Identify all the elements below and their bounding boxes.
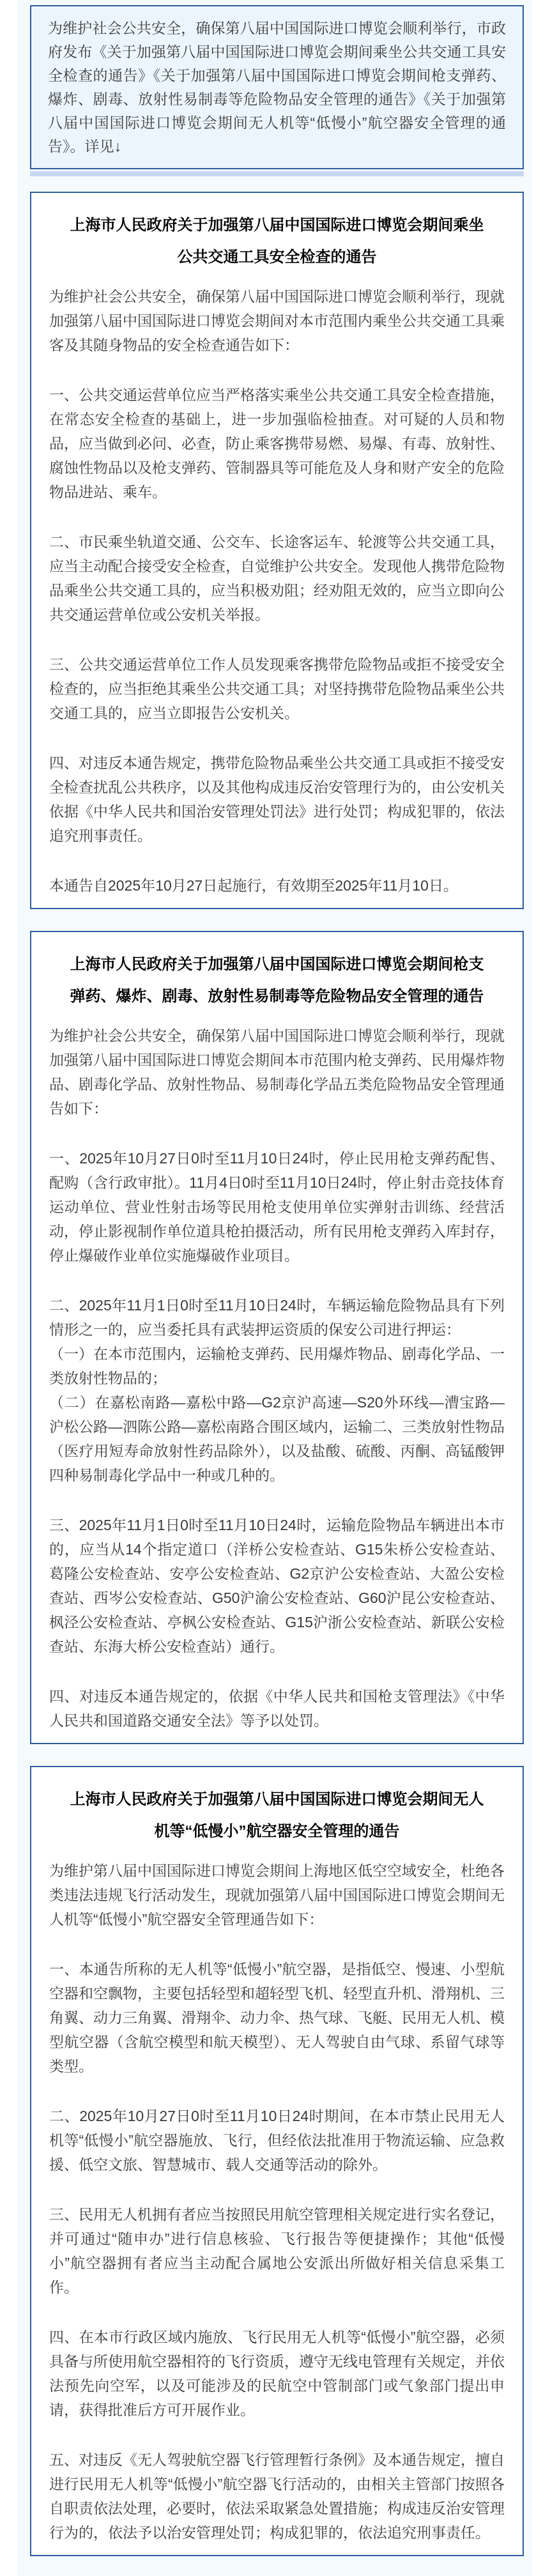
notice-paragraph: 二、2025年10月27日0时至11月10日24时期间，在本市禁止民用无人机等“… bbox=[49, 2104, 505, 2177]
notice-paragraph: 四、在本市行政区域内施放、飞行民用无人机等“低慢小”航空器，必须具备与所使用航空… bbox=[49, 2325, 505, 2422]
notice-card-drone-aircraft-management: 上海市人民政府关于加强第八届中国国际进口博览会期间无人机等“低慢小”航空器安全管… bbox=[30, 1766, 524, 2556]
intro-text: 为维护社会公共安全，确保第八届中国国际进口博览会顺利举行，市政府发布《关于加强第… bbox=[48, 17, 506, 158]
notice-paragraph: 一、2025年10月27日0时至11月10日24时，停止民用枪支弹药配售、配购（… bbox=[49, 1146, 505, 1268]
notice-card-public-transport-security-check: 上海市人民政府关于加强第八届中国国际进口博览会期间乘坐公共交通工具安全检查的通告… bbox=[30, 192, 524, 909]
notice-paragraph: 为维护社会公共安全，确保第八届中国国际进口博览会顺利举行，现就加强第八届中国国际… bbox=[49, 284, 505, 357]
notice-subitem: （二）在嘉松南路—嘉松中路—G2京沪高速—S20外环线—漕宝路—沪松公路—泗陈公… bbox=[49, 1390, 505, 1487]
notice-paragraph: 一、公共交通运营单位应当严格落实乘坐公共交通工具安全检查措施，在常态安全检查的基… bbox=[49, 383, 505, 504]
divider-bar bbox=[30, 171, 524, 176]
notice-paragraph: 为维护第八届中国国际进口博览会期间上海地区低空空域安全，杜绝各类违法违规飞行活动… bbox=[49, 1859, 505, 1931]
notice-subitem: （一）在本市范围内，运输枪支弹药、民用爆炸物品、剧毒化学品、一类放射性物品的； bbox=[49, 1342, 505, 1390]
notice-effective-date: 本通告自2025年10月27日起施行，有效期至2025年11月10日。 bbox=[49, 873, 505, 898]
notice-paragraph: 三、公共交通运营单位工作人员发现乘客携带危险物品或拒不接受安全检查的，应当拒绝其… bbox=[49, 652, 505, 725]
intro-box: 为维护社会公共安全，确保第八届中国国际进口博览会顺利举行，市政府发布《关于加强第… bbox=[30, 5, 524, 169]
notice-paragraph: 三、2025年11月1日0时至11月10日24时，运输危险物品车辆进出本市的，应… bbox=[49, 1513, 505, 1659]
notice-paragraph: 为维护社会公共安全，确保第八届中国国际进口博览会顺利举行，现就加强第八届中国国际… bbox=[49, 1023, 505, 1121]
notice-paragraph: 三、民用无人机拥有者应当按照民用航空管理相关规定进行实名登记，并可通过“随申办”… bbox=[49, 2202, 505, 2299]
notice-title: 上海市人民政府关于加强第八届中国国际进口博览会期间枪支弹药、爆炸、剧毒、放射性易… bbox=[68, 949, 485, 1013]
notice-paragraph: 二、市民乘坐轨道交通、公交车、长途客运车、轮渡等公共交通工具，应当主动配合接受安… bbox=[49, 530, 505, 627]
notice-title: 上海市人民政府关于加强第八届中国国际进口博览会期间无人机等“低慢小”航空器安全管… bbox=[68, 1784, 485, 1848]
announcement-page: 为维护社会公共安全，确保第八届中国国际进口博览会顺利举行，市政府发布《关于加强第… bbox=[17, 0, 532, 2576]
notice-paragraph: 五、对违反《无人驾驶航空器飞行管理暂行条例》及本通告规定，擅自进行民用无人机等“… bbox=[49, 2448, 505, 2545]
notice-title: 上海市人民政府关于加强第八届中国国际进口博览会期间乘坐公共交通工具安全检查的通告 bbox=[68, 210, 485, 273]
notice-paragraph: 一、本通告所称的无人机等“低慢小”航空器，是指低空、慢速、小型航空器和空飘物，主… bbox=[49, 1957, 505, 2078]
notice-paragraph: 四、对违反本通告规定，携带危险物品乘坐公共交通工具或拒不接受安全检查扰乱公共秩序… bbox=[49, 751, 505, 848]
notice-card-dangerous-goods-management: 上海市人民政府关于加强第八届中国国际进口博览会期间枪支弹药、爆炸、剧毒、放射性易… bbox=[30, 931, 524, 1744]
notice-paragraph: 四、对违反本通告规定的，依据《中华人民共和国枪支管理法》《中华人民共和国道路交通… bbox=[49, 1684, 505, 1733]
notice-paragraph: 二、2025年11月1日0时至11月10日24时，车辆运输危险物品具有下列情形之… bbox=[49, 1293, 505, 1342]
